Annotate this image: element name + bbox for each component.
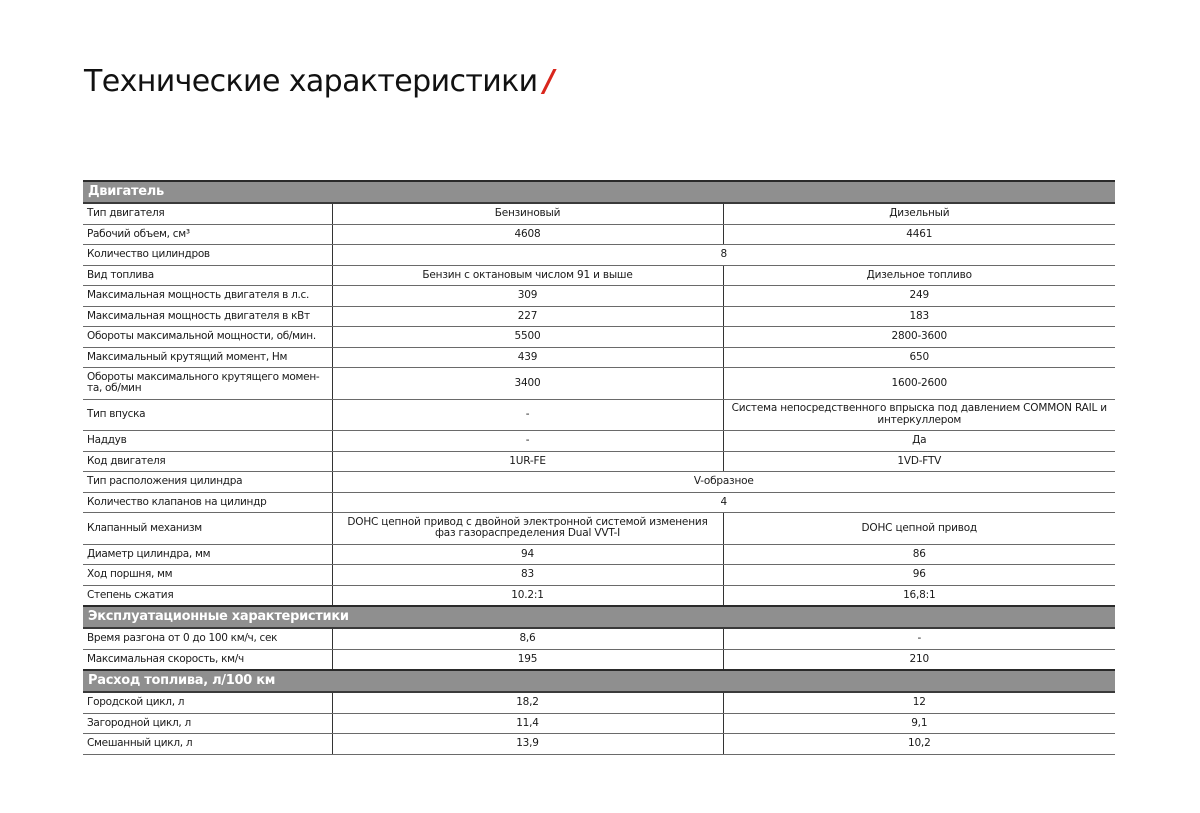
spec-value-diesel: Система непосредственного впрыска под да… — [723, 399, 1115, 431]
spec-value-diesel: 249 — [723, 286, 1115, 307]
spec-label: Диаметр цилиндра, мм — [83, 544, 332, 565]
spec-value-petrol: 11,4 — [332, 713, 723, 734]
spec-value-petrol: 8,6 — [332, 628, 723, 649]
spec-row: Максимальная скорость, км/ч195210 — [83, 649, 1115, 670]
spec-row: Вид топливаБензин с октановым числом 91 … — [83, 265, 1115, 286]
spec-value-diesel: Да — [723, 431, 1115, 452]
spec-row: Максимальная мощность двигателя в кВт227… — [83, 306, 1115, 327]
spec-value-petrol: 18,2 — [332, 692, 723, 713]
spec-row: Загородной цикл, л11,49,1 — [83, 713, 1115, 734]
spec-value-petrol: 309 — [332, 286, 723, 307]
spec-value-diesel: 2800-3600 — [723, 327, 1115, 348]
section-header: Двигатель — [83, 181, 1115, 203]
spec-label: Городской цикл, л — [83, 692, 332, 713]
spec-label: Степень сжатия — [83, 585, 332, 606]
spec-label: Обороты максимальной мощности, об/мин. — [83, 327, 332, 348]
section-header: Эксплуатационные характеристики — [83, 606, 1115, 628]
spec-value-diesel: 96 — [723, 565, 1115, 586]
spec-label: Тип впуска — [83, 399, 332, 431]
section-title: Эксплуатационные характеристики — [83, 606, 1115, 628]
spec-label: Смешанный цикл, л — [83, 734, 332, 755]
spec-label: Рабочий объем, см³ — [83, 224, 332, 245]
spec-row: Рабочий объем, см³46084461 — [83, 224, 1115, 245]
spec-row: Диаметр цилиндра, мм9486 — [83, 544, 1115, 565]
spec-label: Наддув — [83, 431, 332, 452]
spec-value-petrol: 94 — [332, 544, 723, 565]
spec-label: Максимальная мощность двигателя в кВт — [83, 306, 332, 327]
spec-row: Смешанный цикл, л13,910,2 — [83, 734, 1115, 755]
spec-row: Тип впуска-Система непосредственного впр… — [83, 399, 1115, 431]
spec-value-petrol: Бензин с октановым числом 91 и выше — [332, 265, 723, 286]
spec-row: Обороты максимального крутящего момен-та… — [83, 368, 1115, 400]
spec-row: Степень сжатия10.2:116,8:1 — [83, 585, 1115, 606]
section-title: Расход топлива, л/100 км — [83, 670, 1115, 692]
spec-value-diesel: 9,1 — [723, 713, 1115, 734]
spec-value-diesel: 650 — [723, 347, 1115, 368]
spec-value-petrol: DOHC цепной привод с двойной электронной… — [332, 513, 723, 545]
spec-row: Количество клапанов на цилиндр4 — [83, 492, 1115, 513]
spec-label: Клапанный механизм — [83, 513, 332, 545]
spec-row: Ход поршня, мм8396 — [83, 565, 1115, 586]
spec-value-petrol: 227 — [332, 306, 723, 327]
spec-value-diesel: 1600-2600 — [723, 368, 1115, 400]
spec-value-diesel: DOHC цепной привод — [723, 513, 1115, 545]
spec-value-diesel: 12 — [723, 692, 1115, 713]
section-title: Двигатель — [83, 181, 1115, 203]
spec-row: Количество цилиндров8 — [83, 245, 1115, 266]
spec-value-diesel: - — [723, 628, 1115, 649]
spec-row: Код двигателя1UR-FE1VD-FTV — [83, 451, 1115, 472]
spec-value-shared: 8 — [332, 245, 1115, 266]
spec-row: Тип двигателяБензиновыйДизельный — [83, 203, 1115, 224]
spec-label: Максимальный крутящий момент, Нм — [83, 347, 332, 368]
spec-value-diesel: 10,2 — [723, 734, 1115, 755]
spec-label: Ход поршня, мм — [83, 565, 332, 586]
page-title: Технические характеристики/ — [84, 64, 554, 99]
spec-label: Вид топлива — [83, 265, 332, 286]
spec-value-petrol: 10.2:1 — [332, 585, 723, 606]
spec-value-diesel: 1VD-FTV — [723, 451, 1115, 472]
spec-label: Время разгона от 0 до 100 км/ч, сек — [83, 628, 332, 649]
spec-label: Количество клапанов на цилиндр — [83, 492, 332, 513]
spec-value-petrol: 1UR-FE — [332, 451, 723, 472]
spec-label: Обороты максимального крутящего момен-та… — [83, 368, 332, 400]
spec-value-diesel: 183 — [723, 306, 1115, 327]
page-title-text: Технические характеристики — [84, 64, 538, 99]
spec-value-petrol: Бензиновый — [332, 203, 723, 224]
spec-value-diesel: 4461 — [723, 224, 1115, 245]
spec-value-shared: 4 — [332, 492, 1115, 513]
spec-label: Загородной цикл, л — [83, 713, 332, 734]
spec-label: Количество цилиндров — [83, 245, 332, 266]
spec-row: Время разгона от 0 до 100 км/ч, сек8,6- — [83, 628, 1115, 649]
spec-row: Обороты максимальной мощности, об/мин.55… — [83, 327, 1115, 348]
spec-value-diesel: Дизельный — [723, 203, 1115, 224]
spec-label: Максимальная мощность двигателя в л.с. — [83, 286, 332, 307]
spec-table-body: ДвигательТип двигателяБензиновыйДизельны… — [83, 181, 1115, 754]
section-header: Расход топлива, л/100 км — [83, 670, 1115, 692]
spec-value-petrol: 439 — [332, 347, 723, 368]
spec-value-diesel: Дизельное топливо — [723, 265, 1115, 286]
spec-value-petrol: 5500 — [332, 327, 723, 348]
spec-row: Тип расположения цилиндраV-образное — [83, 472, 1115, 493]
spec-value-petrol: - — [332, 399, 723, 431]
spec-label: Тип двигателя — [83, 203, 332, 224]
spec-table: ДвигательТип двигателяБензиновыйДизельны… — [83, 180, 1115, 755]
spec-row: Клапанный механизмDOHC цепной привод с д… — [83, 513, 1115, 545]
spec-label: Код двигателя — [83, 451, 332, 472]
spec-row: Максимальная мощность двигателя в л.с.30… — [83, 286, 1115, 307]
spec-value-petrol: 195 — [332, 649, 723, 670]
spec-label: Тип расположения цилиндра — [83, 472, 332, 493]
spec-label: Максимальная скорость, км/ч — [83, 649, 332, 670]
spec-value-petrol: 4608 — [332, 224, 723, 245]
spec-row: Максимальный крутящий момент, Нм439650 — [83, 347, 1115, 368]
spec-row: Наддув-Да — [83, 431, 1115, 452]
spec-value-diesel: 210 — [723, 649, 1115, 670]
spec-value-petrol: 3400 — [332, 368, 723, 400]
spec-value-petrol: - — [332, 431, 723, 452]
spec-value-diesel: 16,8:1 — [723, 585, 1115, 606]
spec-row: Городской цикл, л18,212 — [83, 692, 1115, 713]
title-accent-slash: / — [544, 64, 554, 99]
spec-value-petrol: 13,9 — [332, 734, 723, 755]
spec-value-diesel: 86 — [723, 544, 1115, 565]
spec-value-shared: V-образное — [332, 472, 1115, 493]
spec-value-petrol: 83 — [332, 565, 723, 586]
